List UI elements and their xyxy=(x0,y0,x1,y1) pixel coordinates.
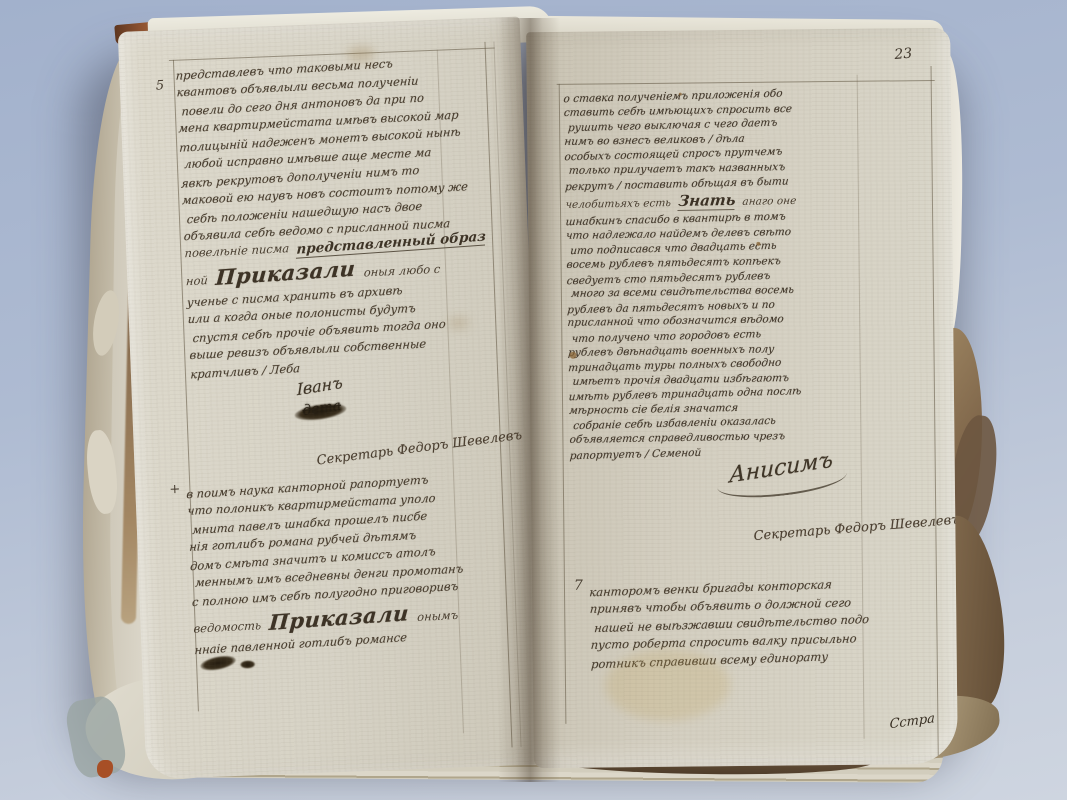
entry-5: представлевъ что таковыми несъквантовъ о… xyxy=(175,50,500,382)
manuscript-photo: 5 представлевъ что таковыми несъквантовъ… xyxy=(0,0,1067,800)
catchword: Сстра xyxy=(890,711,935,732)
handwritten-line: ведомость xyxy=(193,618,261,636)
rule-margin-right xyxy=(931,66,939,758)
entry-continued-text: о ставка полученiемъ приложенiя обостави… xyxy=(563,86,875,194)
ink-smudge xyxy=(240,660,255,669)
handwritten-line: челобитьяхъ есть xyxy=(565,197,672,211)
entry-6: в поимъ наука канторной рапортуетъчто по… xyxy=(186,467,510,657)
page-number: 23 xyxy=(894,46,913,63)
secretary-signature-right: Секретарь Федоръ Шевелевъ xyxy=(753,513,958,545)
left-page: 5 представлевъ что таковыми несъквантовъ… xyxy=(118,17,548,780)
handwritten-line: онымъ xyxy=(416,608,458,624)
rule-top xyxy=(557,80,935,85)
entry-number-7: 7 xyxy=(574,578,583,594)
leather-fragment xyxy=(97,760,113,778)
entry-continued: о ставка полученiемъ приложенiя обостави… xyxy=(563,86,879,463)
handwritten-line: анаго оне xyxy=(742,195,797,208)
secretary-signature-left: Секретарь Федоръ Шевелевъ xyxy=(316,428,523,469)
entry-5-text-continued: ученье с писма хранить въ архивѣили а ко… xyxy=(187,277,501,382)
emphasized-word: Знать xyxy=(677,191,736,211)
entry-continued-text-2: шнабкинъ спасибо в квантирѣ в томъчто на… xyxy=(566,209,880,462)
yellow-stain xyxy=(605,648,731,721)
entry-number-5: 5 xyxy=(156,78,165,93)
entry-6-text: в поимъ наука канторной рапортуетъчто по… xyxy=(186,467,507,609)
right-page: 23 о ставка полученiемъ приложенiя обост… xyxy=(526,28,958,768)
handwritten-line: ной xyxy=(186,273,209,288)
handwritten-line: оныя любо с xyxy=(363,262,440,280)
foxing-spot xyxy=(756,242,760,246)
entry-margin-mark: + xyxy=(169,482,180,497)
foxing-spot xyxy=(570,352,577,359)
foxing-spot xyxy=(679,93,682,96)
entry-5-text: представлевъ что таковыми несъквантовъ о… xyxy=(175,50,493,245)
